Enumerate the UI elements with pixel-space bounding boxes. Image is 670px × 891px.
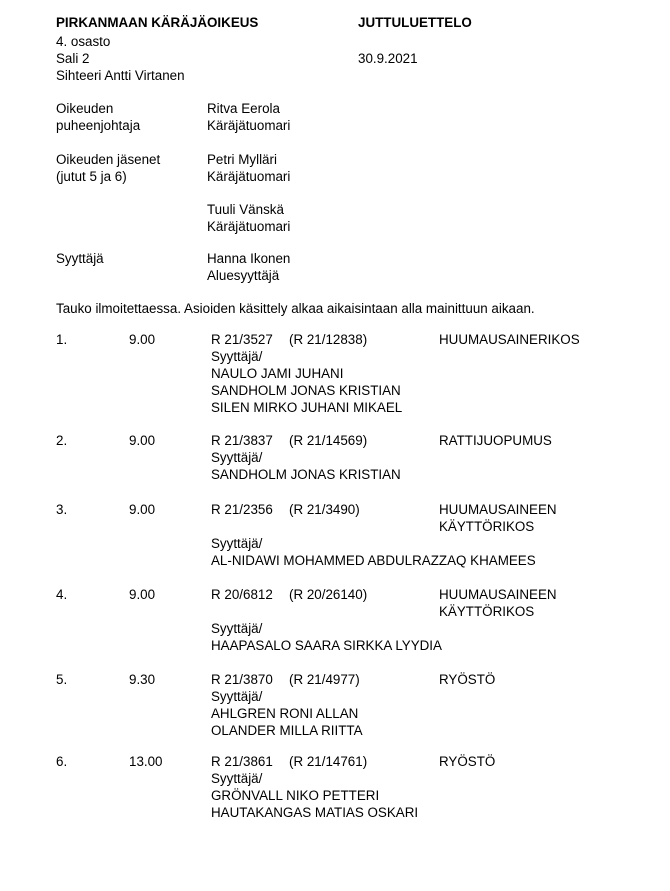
crime-type: HUUMAUSAINERIKOS xyxy=(439,331,580,348)
party-label: Syyttäjä/ xyxy=(211,348,402,365)
case-id: R 21/3870 xyxy=(211,671,273,688)
case-ref-id: (R 21/14569) xyxy=(289,432,367,449)
case-id: R 21/3861 xyxy=(211,753,273,770)
crime-line: KÄYTTÖRIKOS xyxy=(439,603,557,620)
party-name: NAULO JAMI JUHANI xyxy=(211,365,402,382)
crime-line: HUUMAUSAINERIKOS xyxy=(439,331,580,348)
case-number: 1. xyxy=(56,331,67,348)
official-role-presiding: Oikeuden puheenjohtaja xyxy=(56,100,140,134)
crime-type: RYÖSTÖ xyxy=(439,671,495,688)
document-title: JUTTULUETTELO xyxy=(358,14,472,31)
case-id: R 21/2356 xyxy=(211,501,273,518)
official-role-members: Oikeuden jäsenet (jutut 5 ja 6) xyxy=(56,151,160,185)
crime-type: HUUMAUSAINEEN KÄYTTÖRIKOS xyxy=(439,501,557,535)
case-ref-id: (R 20/26140) xyxy=(289,586,367,603)
party-label: Syyttäjä/ xyxy=(211,535,536,552)
party-name: SANDHOLM JONAS KRISTIAN xyxy=(211,382,402,399)
case-time: 9.00 xyxy=(129,432,155,449)
case-ref-id: (R 21/14761) xyxy=(289,753,367,770)
crime-line: RYÖSTÖ xyxy=(439,671,495,688)
official-person: Hanna Ikonen Aluesyyttäjä xyxy=(207,250,290,284)
court-name: PIRKANMAAN KÄRÄJÄOIKEUS xyxy=(56,14,258,31)
person-name: Ritva Eerola xyxy=(207,100,290,117)
role-line: (jutut 5 ja 6) xyxy=(56,168,160,185)
role-line: Syyttäjä xyxy=(56,250,104,267)
person-name: Hanna Ikonen xyxy=(207,250,290,267)
case-number: 3. xyxy=(56,501,67,518)
party-name: SANDHOLM JONAS KRISTIAN xyxy=(211,466,401,483)
person-name: Petri Mylläri xyxy=(207,151,290,168)
role-line: puheenjohtaja xyxy=(56,117,140,134)
crime-line: HUUMAUSAINEEN xyxy=(439,586,557,603)
case-id: R 20/6812 xyxy=(211,586,273,603)
case-parties: Syyttäjä/ AL-NIDAWI MOHAMMED ABDULRAZZAQ… xyxy=(211,535,536,569)
case-ref-id: (R 21/4977) xyxy=(289,671,360,688)
official-person: Petri Mylläri Käräjätuomari xyxy=(207,151,290,185)
official-role-prosecutor: Syyttäjä xyxy=(56,250,104,267)
case-parties: Syyttäjä/ AHLGREN RONI ALLAN OLANDER MIL… xyxy=(211,688,363,739)
party-name: GRÖNVALL NIKO PETTERI xyxy=(211,787,418,804)
case-id: R 21/3527 xyxy=(211,331,273,348)
crime-type: RATTIJUOPUMUS xyxy=(439,432,552,449)
official-person: Ritva Eerola Käräjätuomari xyxy=(207,100,290,134)
person-name: Tuuli Vänskä xyxy=(207,201,290,218)
case-time: 9.00 xyxy=(129,331,155,348)
crime-type: HUUMAUSAINEEN KÄYTTÖRIKOS xyxy=(439,586,557,620)
case-time: 9.00 xyxy=(129,586,155,603)
case-parties: Syyttäjä/ GRÖNVALL NIKO PETTERI HAUTAKAN… xyxy=(211,770,418,821)
secretary: Sihteeri Antti Virtanen xyxy=(56,67,185,84)
party-name: HAAPASALO SAARA SIRKKA LYYDIA xyxy=(211,637,442,654)
case-number: 2. xyxy=(56,432,67,449)
party-name: SILEN MIRKO JUHANI MIKAEL xyxy=(211,399,402,416)
courtroom: Sali 2 xyxy=(56,50,90,67)
official-person: Tuuli Vänskä Käräjätuomari xyxy=(207,201,290,235)
case-parties: Syyttäjä/ NAULO JAMI JUHANI SANDHOLM JON… xyxy=(211,348,402,416)
case-time: 13.00 xyxy=(129,753,163,770)
case-list-document: PIRKANMAAN KÄRÄJÄOIKEUS JUTTULUETTELO 4.… xyxy=(0,0,670,891)
case-number: 5. xyxy=(56,671,67,688)
party-label: Syyttäjä/ xyxy=(211,449,401,466)
case-parties: Syyttäjä/ HAAPASALO SAARA SIRKKA LYYDIA xyxy=(211,620,442,654)
crime-line: KÄYTTÖRIKOS xyxy=(439,518,557,535)
case-time: 9.30 xyxy=(129,671,155,688)
person-title: Käräjätuomari xyxy=(207,218,290,235)
case-number: 6. xyxy=(56,753,67,770)
person-title: Käräjätuomari xyxy=(207,117,290,134)
party-name: AL-NIDAWI MOHAMMED ABDULRAZZAQ KHAMEES xyxy=(211,552,536,569)
crime-line: RYÖSTÖ xyxy=(439,753,495,770)
case-ref-id: (R 21/3490) xyxy=(289,501,360,518)
party-name: HAUTAKANGAS MATIAS OSKARI xyxy=(211,804,418,821)
person-title: Käräjätuomari xyxy=(207,168,290,185)
person-title: Aluesyyttäjä xyxy=(207,267,290,284)
party-name: AHLGREN RONI ALLAN xyxy=(211,705,363,722)
crime-line: HUUMAUSAINEEN xyxy=(439,501,557,518)
role-line: Oikeuden jäsenet xyxy=(56,151,160,168)
crime-line: RATTIJUOPUMUS xyxy=(439,432,552,449)
case-id: R 21/3837 xyxy=(211,432,273,449)
crime-type: RYÖSTÖ xyxy=(439,753,495,770)
role-line: Oikeuden xyxy=(56,100,140,117)
case-number: 4. xyxy=(56,586,67,603)
party-label: Syyttäjä/ xyxy=(211,620,442,637)
party-label: Syyttäjä/ xyxy=(211,688,363,705)
department: 4. osasto xyxy=(56,33,110,50)
party-name: OLANDER MILLA RIITTA xyxy=(211,722,363,739)
party-label: Syyttäjä/ xyxy=(211,770,418,787)
notice-text: Tauko ilmoitettaessa. Asioiden käsittely… xyxy=(56,300,535,317)
session-date: 30.9.2021 xyxy=(358,50,418,67)
case-time: 9.00 xyxy=(129,501,155,518)
case-ref-id: (R 21/12838) xyxy=(289,331,367,348)
case-parties: Syyttäjä/ SANDHOLM JONAS KRISTIAN xyxy=(211,449,401,483)
